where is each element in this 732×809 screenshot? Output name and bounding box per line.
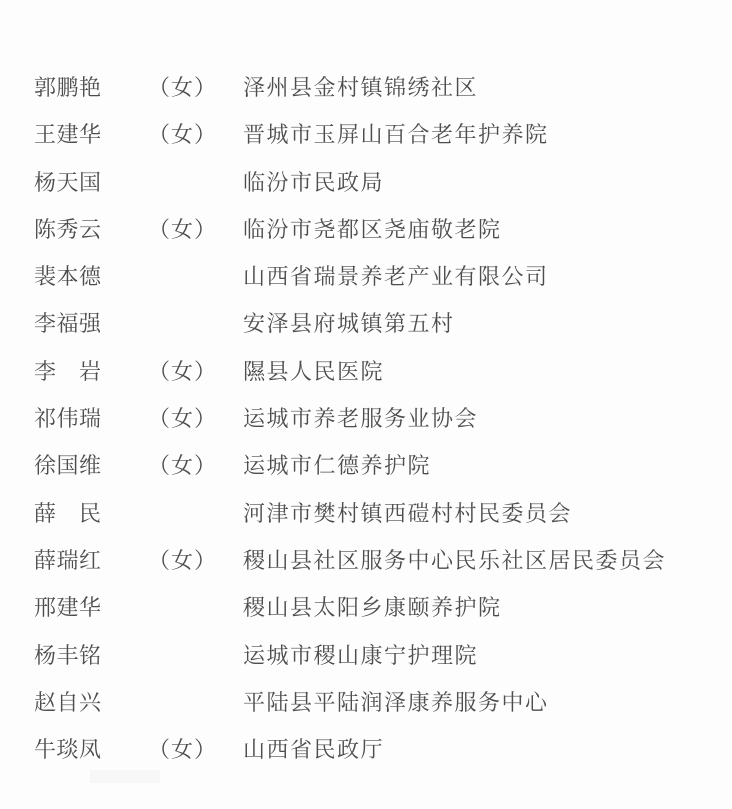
table-row: 杨天国 临汾市民政局 xyxy=(0,159,732,206)
name-list: 郭鹏艳 （女） 泽州县金村镇锦绣社区 王建华 （女） 晋城市玉屏山百合老年护养院… xyxy=(0,64,732,773)
organization-name: 泽州县金村镇锦绣社区 xyxy=(243,64,478,111)
organization-name: 临汾市尧都区尧庙敬老院 xyxy=(243,206,502,253)
organization-name: 山西省民政厅 xyxy=(243,726,384,773)
organization-name: 运城市仁德养护院 xyxy=(243,442,431,489)
person-name: 牛琰凤 xyxy=(34,726,102,773)
person-name: 徐国维 xyxy=(34,442,102,489)
table-row: 牛琰凤 （女） 山西省民政厅 xyxy=(0,726,732,773)
gender-label: （女） xyxy=(148,395,217,442)
person-name: 李 岩 xyxy=(34,348,102,395)
person-name: 祁伟瑞 xyxy=(34,395,102,442)
gender-label: （女） xyxy=(148,726,217,773)
table-row: 裴本德 山西省瑞景养老产业有限公司 xyxy=(0,253,732,300)
table-row: 李福强 安泽县府城镇第五村 xyxy=(0,300,732,347)
person-name: 裴本德 xyxy=(34,253,102,300)
person-name: 郭鹏艳 xyxy=(34,64,102,111)
gender-label: （女） xyxy=(148,64,217,111)
person-name: 李福强 xyxy=(34,300,102,347)
table-row: 祁伟瑞 （女） 运城市养老服务业协会 xyxy=(0,395,732,442)
table-row: 陈秀云 （女） 临汾市尧都区尧庙敬老院 xyxy=(0,206,732,253)
person-name: 邢建华 xyxy=(34,584,102,631)
person-name: 王建华 xyxy=(34,111,102,158)
table-row: 李 岩 （女） 隰县人民医院 xyxy=(0,348,732,395)
table-row: 杨丰铭 运城市稷山康宁护理院 xyxy=(0,632,732,679)
organization-name: 稷山县社区服务中心民乐社区居民委员会 xyxy=(243,537,666,584)
person-name: 杨丰铭 xyxy=(34,632,102,679)
gender-label: （女） xyxy=(148,206,217,253)
person-name: 薛 民 xyxy=(34,490,102,537)
person-name: 杨天国 xyxy=(34,159,102,206)
organization-name: 运城市养老服务业协会 xyxy=(243,395,478,442)
organization-name: 临汾市民政局 xyxy=(243,159,384,206)
table-row: 邢建华 稷山县太阳乡康颐养护院 xyxy=(0,584,732,631)
table-row: 赵自兴 平陆县平陆润泽康养服务中心 xyxy=(0,679,732,726)
organization-name: 平陆县平陆润泽康养服务中心 xyxy=(243,679,549,726)
organization-name: 稷山县太阳乡康颐养护院 xyxy=(243,584,502,631)
organization-name: 安泽县府城镇第五村 xyxy=(243,300,455,347)
table-row: 薛 民 河津市樊村镇西磑村村民委员会 xyxy=(0,490,732,537)
organization-name: 隰县人民医院 xyxy=(243,348,384,395)
organization-name: 山西省瑞景养老产业有限公司 xyxy=(243,253,549,300)
document-page: 郭鹏艳 （女） 泽州县金村镇锦绣社区 王建华 （女） 晋城市玉屏山百合老年护养院… xyxy=(0,0,732,809)
table-row: 徐国维 （女） 运城市仁德养护院 xyxy=(0,442,732,489)
person-name: 陈秀云 xyxy=(34,206,102,253)
gender-label: （女） xyxy=(148,111,217,158)
gender-label: （女） xyxy=(148,442,217,489)
table-row: 薛瑞红 （女） 稷山县社区服务中心民乐社区居民委员会 xyxy=(0,537,732,584)
organization-name: 运城市稷山康宁护理院 xyxy=(243,632,478,679)
table-row: 王建华 （女） 晋城市玉屏山百合老年护养院 xyxy=(0,111,732,158)
person-name: 薛瑞红 xyxy=(34,537,102,584)
organization-name: 河津市樊村镇西磑村村民委员会 xyxy=(243,490,572,537)
person-name: 赵自兴 xyxy=(34,679,102,726)
scan-artifact xyxy=(90,770,160,783)
gender-label: （女） xyxy=(148,537,217,584)
gender-label: （女） xyxy=(148,348,217,395)
organization-name: 晋城市玉屏山百合老年护养院 xyxy=(243,111,549,158)
table-row: 郭鹏艳 （女） 泽州县金村镇锦绣社区 xyxy=(0,64,732,111)
